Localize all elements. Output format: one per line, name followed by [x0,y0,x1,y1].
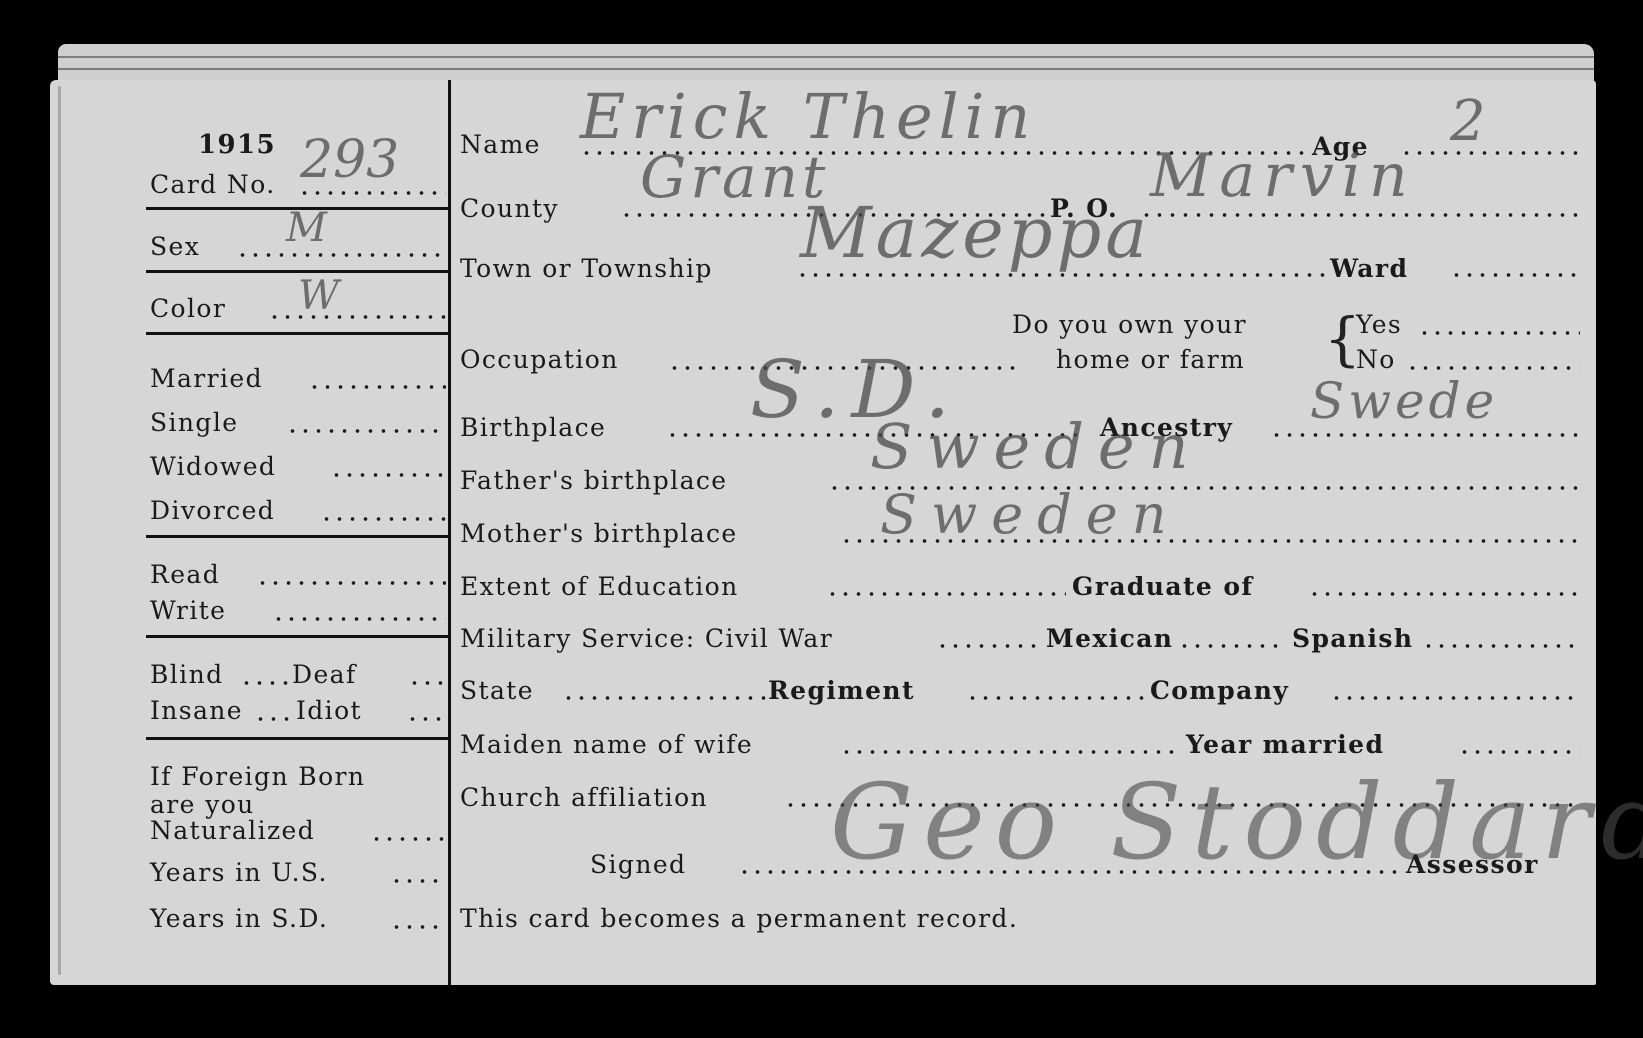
maiden-name-label: Maiden name of wife [460,732,753,757]
own-home-label: home or farm [1056,347,1245,372]
occupation-label: Occupation [460,347,619,372]
graduate-label: Graduate of [1072,574,1254,599]
father-birthplace-value: Sweden [870,416,1203,478]
insane-field[interactable] [254,716,294,722]
card-year: 1915 [198,132,276,158]
permanent-record-note: This card becomes a permanent record. [460,906,1018,931]
spanish-label: Spanish [1292,626,1413,651]
mother-birthplace-label: Mother's birthplace [460,521,738,546]
blind-field[interactable] [240,680,290,686]
signed-label: Signed [590,852,686,877]
color-field[interactable] [268,314,446,320]
sex-field[interactable] [236,252,446,258]
ward-field[interactable] [1450,272,1580,278]
blind-label: Blind [150,662,223,687]
color-label: Color [150,296,226,321]
naturalized-field[interactable] [370,836,446,842]
married-field[interactable] [308,384,446,390]
state-field[interactable] [562,695,766,701]
mexican-field[interactable] [1178,643,1286,649]
widowed-field[interactable] [330,472,446,478]
assessor-label: Assessor [1406,852,1539,877]
widowed-label: Widowed [150,454,276,479]
spanish-field[interactable] [1422,643,1580,649]
company-field[interactable] [1330,695,1580,701]
divider-rule [146,737,448,740]
military-label: Military Service: Civil War [460,626,833,651]
color-value: W [298,276,339,316]
write-label: Write [150,598,226,623]
company-label: Company [1150,678,1289,703]
years-us-label: Years in U.S. [150,860,328,885]
town-value: Mazeppa [800,198,1151,268]
name-value: Erick Thelin [580,86,1036,148]
age-field[interactable] [1400,150,1580,156]
card-no-label: Card No. [150,172,276,197]
foreign-born-label: If Foreign Born [150,764,365,789]
maiden-name-field[interactable] [840,749,1180,755]
write-field[interactable] [272,616,446,622]
divider-rule [146,635,448,638]
foreign-born-label: are you [150,792,255,817]
card-no-value: 293 [300,134,399,186]
ward-label: Ward [1330,256,1408,281]
year-married-field[interactable] [1458,749,1580,755]
education-field[interactable] [826,591,1066,597]
yes-label: Yes [1356,312,1402,337]
single-field[interactable] [286,428,446,434]
ancestry-field[interactable] [1270,432,1580,438]
census-card: 1915 Card No. 293 Sex M Color W Married … [50,80,1596,985]
card-edge [58,86,61,975]
single-label: Single [150,410,238,435]
sex-value: M [286,208,327,248]
years-sd-label: Years in S.D. [150,906,328,931]
name-label: Name [460,132,541,157]
years-sd-field[interactable] [390,924,446,930]
age-value: 2 [1450,94,1486,150]
graduate-field[interactable] [1308,591,1580,597]
idiot-field[interactable] [406,716,446,722]
mother-birthplace-value: Sweden [880,488,1180,542]
own-home-label: Do you own your [1012,312,1247,337]
mexican-label: Mexican [1046,626,1173,651]
regiment-field[interactable] [966,695,1146,701]
divider-rule [146,535,448,538]
sex-label: Sex [150,234,200,259]
regiment-label: Regiment [768,678,915,703]
column-divider [448,80,451,985]
naturalized-label: Naturalized [150,818,315,843]
married-label: Married [150,366,263,391]
county-label: County [460,196,559,221]
deaf-label: Deaf [292,662,357,687]
own-home-yes-field[interactable] [1418,330,1580,336]
divider-rule [146,270,448,273]
years-us-field[interactable] [390,878,446,884]
deaf-field[interactable] [408,680,446,686]
education-label: Extent of Education [460,574,739,599]
ancestry-value: Swede [1310,376,1498,426]
insane-label: Insane [150,698,243,723]
divorced-field[interactable] [320,516,446,522]
card-no-field[interactable] [298,190,446,196]
no-label: No [1356,347,1396,372]
read-label: Read [150,562,220,587]
divider-rule [146,332,448,335]
read-field[interactable] [256,580,446,586]
town-label: Town or Township [460,256,713,281]
po-field[interactable] [1140,212,1580,218]
birthplace-label: Birthplace [460,415,606,440]
own-home-no-field[interactable] [1406,365,1580,371]
state-label: State [460,678,534,703]
idiot-label: Idiot [296,698,362,723]
year-married-label: Year married [1186,732,1384,757]
church-label: Church affiliation [460,785,708,810]
divorced-label: Divorced [150,498,275,523]
father-birthplace-label: Father's birthplace [460,468,728,493]
civil-war-field[interactable] [936,643,1040,649]
po-value: Marvin [1150,146,1416,206]
